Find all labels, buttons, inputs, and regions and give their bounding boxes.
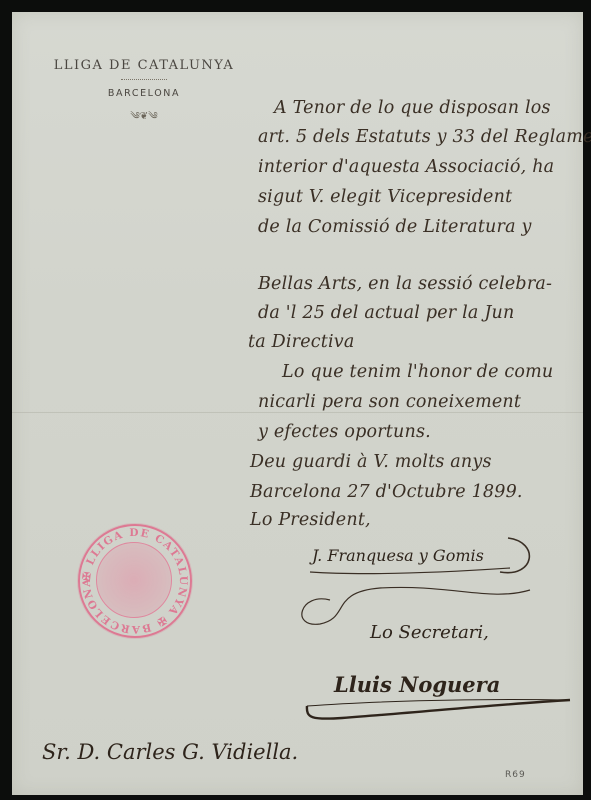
- body-line: Lo President,: [250, 510, 371, 530]
- seal-emblem-icon: [96, 542, 172, 618]
- letterhead-ornament-icon: ༄❦༄: [49, 105, 239, 133]
- body-line: art. 5 dels Estatuts y 33 del Reglament: [258, 127, 591, 147]
- body-line: Lo que tenim l'honor de comu: [282, 362, 553, 382]
- body-line: interior d'aquesta Associació, ha: [258, 157, 554, 177]
- body-line: y efectes oportuns.: [258, 422, 431, 442]
- fold-crease: [12, 412, 583, 413]
- letterhead: LLIGA DE CATALUNYA BARCELONA ༄❦༄: [49, 58, 239, 133]
- letterhead-divider: [121, 79, 167, 80]
- body-line: Deu guardi à V. molts anys: [250, 452, 492, 472]
- letterhead-organization: LLIGA DE CATALUNYA: [49, 58, 239, 73]
- catalog-number: R69: [505, 770, 526, 780]
- secretary-title: Lo Secretari,: [370, 622, 489, 643]
- addressee: Sr. D. Carles G. Vidiella.: [42, 740, 298, 764]
- letterhead-city: BARCELONA: [49, 88, 239, 99]
- body-line: de la Comissió de Literatura y: [258, 217, 532, 237]
- body-line: Barcelona 27 d'Octubre 1899.: [250, 482, 523, 502]
- body-line: nicarli pera son coneixement: [258, 392, 521, 412]
- body-line: da 'l 25 del actual per la Jun: [258, 303, 515, 323]
- letter-sheet: LLIGA DE CATALUNYA BARCELONA ༄❦༄ A Tenor…: [12, 12, 583, 795]
- body-line: A Tenor de lo que disposan los: [274, 98, 551, 118]
- organization-seal: ✠ LLIGA DE CATALUNYA ✠ BARCELONA: [78, 524, 192, 638]
- body-line: Bellas Arts, en la sessió celebra-: [258, 274, 552, 294]
- body-line: ta Directiva: [248, 332, 355, 352]
- secretary-underline-flourish-icon: [302, 692, 582, 732]
- body-line: sigut V. elegit Vicepresident: [258, 187, 512, 207]
